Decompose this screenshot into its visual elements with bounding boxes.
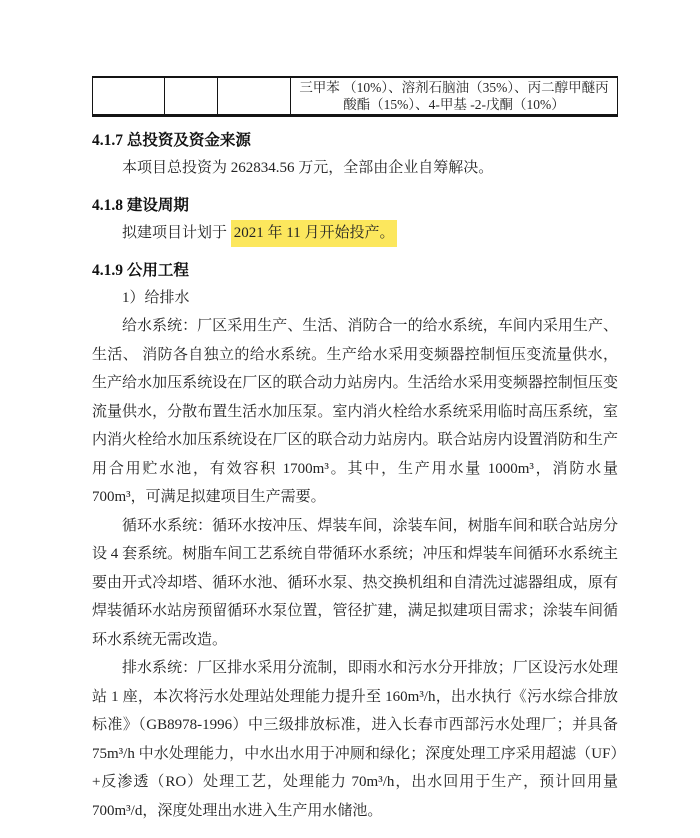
schedule-text-prefix: 拟建项目计划于 [122, 225, 231, 241]
page-content: 三甲苯 （10%）、溶剂石脑油（35%）、丙二醇甲醚丙酸酯（15%）、4-甲基 … [92, 76, 618, 825]
table-cell-empty-1 [93, 77, 165, 116]
subsection-water-drainage-title: 1）给排水 [92, 284, 618, 312]
heading-4-1-9-utilities: 4.1.9 公用工程 [92, 258, 618, 284]
water-supply-paragraph: 给水系统：厂区采用生产、生活、消防合一的给水系统，车间内采用生产、生活、 消防各… [92, 312, 618, 512]
heading-4-1-7-investment: 4.1.7 总投资及资金来源 [92, 128, 618, 154]
highlighted-production-date: 2021 年 11 月开始投产。 [231, 220, 398, 247]
circulating-water-paragraph: 循环水系统：循环水按冲压、焊装车间，涂装车间，树脂车间和联合站房分设 4 套系统… [92, 512, 618, 655]
chemicals-table: 三甲苯 （10%）、溶剂石脑油（35%）、丙二醇甲醚丙酸酯（15%）、4-甲基 … [92, 76, 618, 117]
heading-4-1-8-schedule: 4.1.8 建设周期 [92, 193, 618, 219]
drainage-paragraph: 排水系统：厂区排水采用分流制，即雨水和污水分开排放；厂区设污水处理站 1 座，本… [92, 654, 618, 825]
table-cell-empty-2 [165, 77, 218, 116]
table-row: 三甲苯 （10%）、溶剂石脑油（35%）、丙二醇甲醚丙酸酯（15%）、4-甲基 … [93, 77, 618, 116]
document-page: 三甲苯 （10%）、溶剂石脑油（35%）、丙二醇甲醚丙酸酯（15%）、4-甲基 … [0, 0, 700, 838]
table-cell-empty-3 [218, 77, 291, 116]
investment-paragraph: 本项目总投资为 262834.56 万元，全部由企业自筹解决。 [92, 154, 618, 182]
schedule-paragraph: 拟建项目计划于 2021 年 11 月开始投产。 [92, 219, 618, 247]
table-cell-solvents: 三甲苯 （10%）、溶剂石脑油（35%）、丙二醇甲醚丙酸酯（15%）、4-甲基 … [291, 77, 618, 116]
